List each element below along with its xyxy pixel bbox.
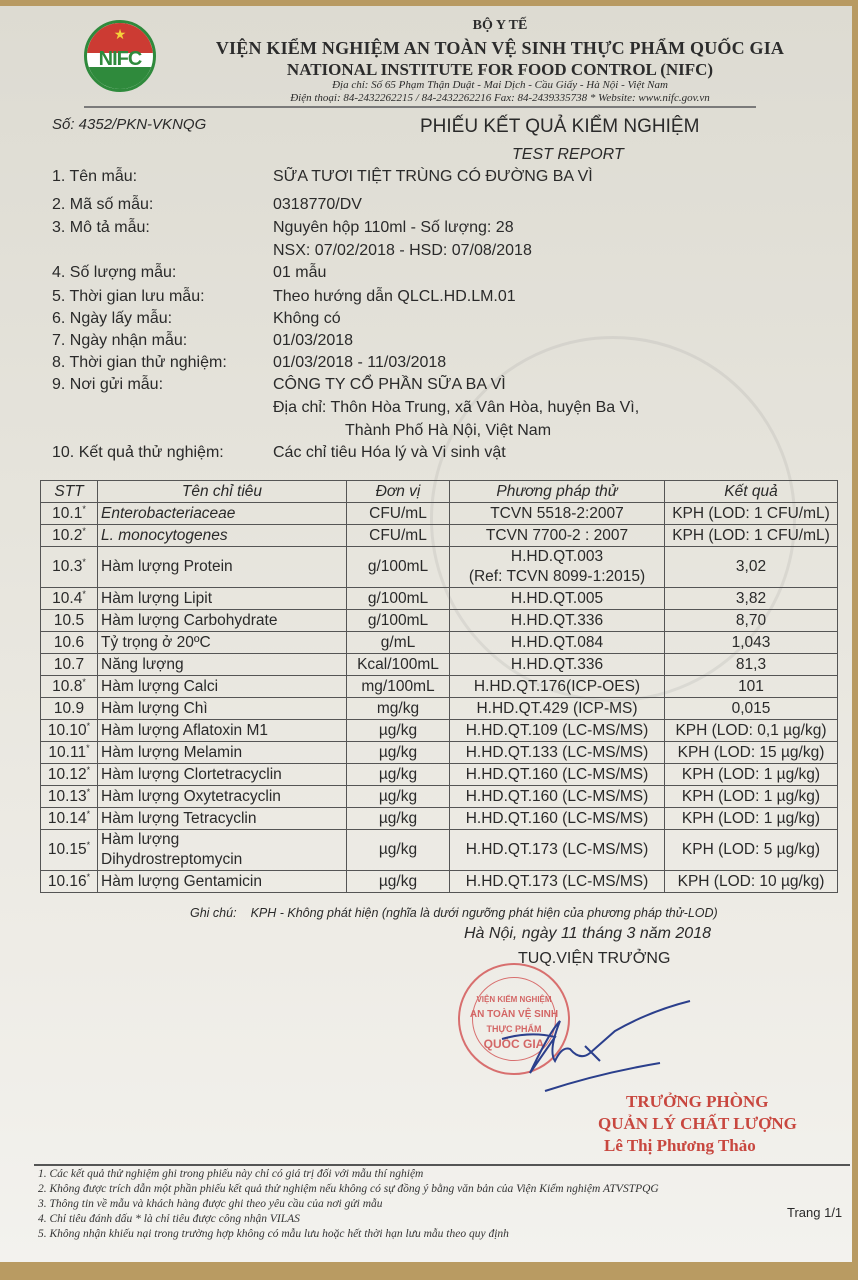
signer-role-2: QUẢN LÝ CHẤT LƯỢNG — [598, 1114, 797, 1134]
cell-method: TCVN 7700-2 : 2007 — [450, 525, 665, 547]
cell-unit: mg/kg — [347, 698, 450, 720]
field-value: 01/03/2018 — [273, 332, 353, 350]
cell-result: KPH (LOD: 1 µg/kg) — [665, 786, 838, 808]
field-label: 3. Mô tả mẫu: — [52, 219, 150, 237]
cell-name: Năng lượng — [98, 654, 347, 676]
cell-unit: CFU/mL — [347, 525, 450, 547]
cell-unit: µg/kg — [347, 808, 450, 830]
field-label: 9. Nơi gửi mẫu: — [52, 376, 163, 394]
signer-name: Lê Thị Phương Thảo — [604, 1136, 756, 1156]
field-label: 6. Ngày lấy mẫu: — [52, 310, 172, 328]
cell-stt: 10.15* — [41, 830, 98, 871]
cell-result: 3,82 — [665, 588, 838, 610]
table-row: 10.9Hàm lượng Chìmg/kgH.HD.QT.429 (ICP-M… — [41, 698, 838, 720]
cell-unit: µg/kg — [347, 720, 450, 742]
cell-method: H.HD.QT.160 (LC-MS/MS) — [450, 786, 665, 808]
cell-unit: Kcal/100mL — [347, 654, 450, 676]
report-title: PHIẾU KẾT QUẢ KIỂM NGHIỆM — [420, 116, 699, 138]
table-row: 10.6Tỷ trọng ở 20ºCg/mLH.HD.QT.0841,043 — [41, 632, 838, 654]
cell-stt: 10.13* — [41, 786, 98, 808]
handwritten-signature — [500, 991, 700, 1101]
cell-method: H.HD.QT.173 (LC-MS/MS) — [450, 871, 665, 893]
col-result: Kết quả — [665, 481, 838, 503]
report-subtitle: TEST REPORT — [512, 146, 624, 164]
cell-unit: CFU/mL — [347, 503, 450, 525]
table-row: 10.11*Hàm lượng Melaminµg/kgH.HD.QT.133 … — [41, 742, 838, 764]
on-behalf: TUQ.VIỆN TRƯỞNG — [518, 950, 670, 968]
cell-name: Hàm lượng Melamin — [98, 742, 347, 764]
cell-result: KPH (LOD: 5 µg/kg) — [665, 830, 838, 871]
table-row: 10.15*Hàm lượngDihydrostreptomycinµg/kgH… — [41, 830, 838, 871]
cell-stt: 10.9 — [41, 698, 98, 720]
cell-name: Tỷ trọng ở 20ºC — [98, 632, 347, 654]
cell-name: Enterobacteriaceae — [98, 503, 347, 525]
note: Ghi chú:KPH - Không phát hiện (nghĩa là … — [190, 906, 718, 920]
table-row: 10.8*Hàm lượng Calcimg/100mLH.HD.QT.176(… — [41, 676, 838, 698]
star-icon: ★ — [87, 27, 153, 41]
footnote: 1. Các kết quả thử nghiệm ghi trong phiế… — [38, 1168, 423, 1180]
cell-method: H.HD.QT.133 (LC-MS/MS) — [450, 742, 665, 764]
cell-name: Hàm lượng Clortetracyclin — [98, 764, 347, 786]
table-row: 10.14*Hàm lượng Tetracyclinµg/kgH.HD.QT.… — [41, 808, 838, 830]
cell-unit: µg/kg — [347, 742, 450, 764]
cell-name: Hàm lượng Gentamicin — [98, 871, 347, 893]
field-value: Không có — [273, 310, 341, 328]
field-value-line2: NSX: 07/02/2018 - HSD: 07/08/2018 — [273, 242, 532, 260]
cell-stt: 10.14* — [41, 808, 98, 830]
table-row: 10.1*EnterobacteriaceaeCFU/mLTCVN 5518-2… — [41, 503, 838, 525]
field-value-line2: Địa chỉ: Thôn Hòa Trung, xã Vân Hòa, huy… — [273, 399, 639, 417]
table-row: 10.2*L. monocytogenesCFU/mLTCVN 7700-2 :… — [41, 525, 838, 547]
footer-divider — [34, 1164, 850, 1166]
nifc-logo: ★ NIFC — [84, 20, 156, 92]
field-label: 10. Kết quả thử nghiệm: — [52, 444, 224, 462]
footnote: 4. Chỉ tiêu đánh dấu * là chỉ tiêu được … — [38, 1213, 300, 1225]
cell-result: KPH (LOD: 1 µg/kg) — [665, 764, 838, 786]
table-row: 10.10*Hàm lượng Aflatoxin M1µg/kgH.HD.QT… — [41, 720, 838, 742]
field-label: 2. Mã số mẫu: — [52, 196, 153, 214]
cell-result: KPH (LOD: 10 µg/kg) — [665, 871, 838, 893]
cell-result: KPH (LOD: 1 CFU/mL) — [665, 525, 838, 547]
cell-method: H.HD.QT.429 (ICP-MS) — [450, 698, 665, 720]
cell-unit: g/100mL — [347, 547, 450, 588]
cell-name: Hàm lượng Protein — [98, 547, 347, 588]
document-page: ★ NIFC BỘ Y TẾ VIỆN KIỂM NGHIỆM AN TOÀN … — [0, 6, 852, 1264]
field-label: 1. Tên mẫu: — [52, 168, 137, 186]
table-row: 10.16*Hàm lượng Gentamicinµg/kgH.HD.QT.1… — [41, 871, 838, 893]
cell-stt: 10.5 — [41, 610, 98, 632]
cell-name: Hàm lượng Aflatoxin M1 — [98, 720, 347, 742]
table-header-row: STT Tên chỉ tiêu Đơn vị Phương pháp thử … — [41, 481, 838, 503]
cell-stt: 10.2* — [41, 525, 98, 547]
cell-unit: µg/kg — [347, 830, 450, 871]
results-table: STT Tên chỉ tiêu Đơn vị Phương pháp thử … — [40, 480, 838, 893]
cell-method: H.HD.QT.176(ICP-OES) — [450, 676, 665, 698]
cell-unit: g/mL — [347, 632, 450, 654]
cell-method: H.HD.QT.160 (LC-MS/MS) — [450, 808, 665, 830]
col-stt: STT — [41, 481, 98, 503]
cell-method: H.HD.QT.109 (LC-MS/MS) — [450, 720, 665, 742]
signer-role-1: TRƯỞNG PHÒNG — [626, 1092, 768, 1112]
cell-name: Hàm lượng Oxytetracyclin — [98, 786, 347, 808]
institute-name-vi: VIỆN KIỂM NGHIỆM AN TOÀN VỆ SINH THỰC PH… — [150, 38, 850, 59]
cell-method: H.HD.QT.084 — [450, 632, 665, 654]
cell-name: Hàm lượng Carbohydrate — [98, 610, 347, 632]
cell-unit: g/100mL — [347, 610, 450, 632]
cell-result: 81,3 — [665, 654, 838, 676]
cell-method: H.HD.QT.173 (LC-MS/MS) — [450, 830, 665, 871]
cell-name: L. monocytogenes — [98, 525, 347, 547]
cell-stt: 10.10* — [41, 720, 98, 742]
cell-method: H.HD.QT.005 — [450, 588, 665, 610]
field-value: Theo hướng dẫn QLCL.HD.LM.01 — [273, 288, 516, 306]
field-value: 01/03/2018 - 11/03/2018 — [273, 354, 446, 372]
field-value: Nguyên hộp 110ml - Số lượng: 28 — [273, 219, 514, 237]
footnote: 3. Thông tin về mẫu và khách hàng được g… — [38, 1198, 383, 1210]
table-row: 10.3*Hàm lượng Proteing/100mLH.HD.QT.003… — [41, 547, 838, 588]
institute-name-en: NATIONAL INSTITUTE FOR FOOD CONTROL (NIF… — [150, 60, 850, 80]
cell-result: KPH (LOD: 0,1 µg/kg) — [665, 720, 838, 742]
institute-contact: Điện thoại: 84-2432262215 / 84-243226221… — [150, 92, 850, 104]
field-label: 8. Thời gian thử nghiệm: — [52, 354, 227, 372]
cell-result: KPH (LOD: 15 µg/kg) — [665, 742, 838, 764]
table-row: 10.5Hàm lượng Carbohydrateg/100mLH.HD.QT… — [41, 610, 838, 632]
col-unit: Đơn vị — [347, 481, 450, 503]
institute-address: Địa chỉ: Số 65 Phạm Thận Duật - Mai Dịch… — [150, 79, 850, 91]
place-date: Hà Nội, ngày 11 tháng 3 năm 2018 — [464, 925, 711, 943]
table-row: 10.12*Hàm lượng Clortetracyclinµg/kgH.HD… — [41, 764, 838, 786]
cell-unit: µg/kg — [347, 786, 450, 808]
field-label: 5. Thời gian lưu mẫu: — [52, 288, 205, 306]
cell-unit: µg/kg — [347, 764, 450, 786]
cell-name: Hàm lượng Chì — [98, 698, 347, 720]
cell-stt: 10.4* — [41, 588, 98, 610]
cell-unit: mg/100mL — [347, 676, 450, 698]
cell-method: H.HD.QT.336 — [450, 610, 665, 632]
cell-method: H.HD.QT.160 (LC-MS/MS) — [450, 764, 665, 786]
col-method: Phương pháp thử — [450, 481, 665, 503]
footnote: 5. Không nhận khiếu nại trong trường hợp… — [38, 1228, 509, 1240]
report-number: Số: 4352/PKN-VKNQG — [52, 116, 206, 133]
cell-stt: 10.12* — [41, 764, 98, 786]
cell-result: 3,02 — [665, 547, 838, 588]
cell-method: TCVN 5518-2:2007 — [450, 503, 665, 525]
field-value-line3: Thành Phố Hà Nội, Việt Nam — [345, 422, 551, 440]
field-value: Các chỉ tiêu Hóa lý và Vi sinh vật — [273, 444, 506, 462]
cell-result: KPH (LOD: 1 µg/kg) — [665, 808, 838, 830]
cell-stt: 10.7 — [41, 654, 98, 676]
cell-name: Hàm lượng Calci — [98, 676, 347, 698]
cell-stt: 10.3* — [41, 547, 98, 588]
table-row: 10.13*Hàm lượng Oxytetracyclinµg/kgH.HD.… — [41, 786, 838, 808]
cell-result: 101 — [665, 676, 838, 698]
cell-name: Hàm lượng Tetracyclin — [98, 808, 347, 830]
cell-stt: 10.11* — [41, 742, 98, 764]
field-label: 7. Ngày nhận mẫu: — [52, 332, 187, 350]
cell-result: 1,043 — [665, 632, 838, 654]
cell-unit: g/100mL — [347, 588, 450, 610]
cell-stt: 10.8* — [41, 676, 98, 698]
field-value: 0318770/DV — [273, 196, 362, 214]
field-label: 4. Số lượng mẫu: — [52, 264, 176, 282]
ministry-name: BỘ Y TẾ — [150, 18, 850, 34]
table-surface — [0, 1262, 858, 1280]
cell-result: 8,70 — [665, 610, 838, 632]
cell-method: H.HD.QT.003(Ref: TCVN 8099-1:2015) — [450, 547, 665, 588]
cell-stt: 10.16* — [41, 871, 98, 893]
footnote: 2. Không được trích dẫn một phần phiếu k… — [38, 1183, 659, 1195]
field-value: CÔNG TY CỔ PHẦN SỮA BA VÌ — [273, 376, 506, 394]
cell-method: H.HD.QT.336 — [450, 654, 665, 676]
cell-name: Hàm lượng Lipit — [98, 588, 347, 610]
table-row: 10.7Năng lượngKcal/100mLH.HD.QT.33681,3 — [41, 654, 838, 676]
cell-stt: 10.1* — [41, 503, 98, 525]
header-divider — [84, 106, 756, 108]
cell-result: KPH (LOD: 1 CFU/mL) — [665, 503, 838, 525]
field-value: SỮA TƯƠI TIỆT TRÙNG CÓ ĐƯỜNG BA VÌ — [273, 168, 593, 186]
cell-unit: µg/kg — [347, 871, 450, 893]
cell-stt: 10.6 — [41, 632, 98, 654]
cell-name: Hàm lượngDihydrostreptomycin — [98, 830, 347, 871]
page-number: Trang 1/1 — [787, 1205, 842, 1220]
table-row: 10.4*Hàm lượng Lipitg/100mLH.HD.QT.0053,… — [41, 588, 838, 610]
field-value: 01 mẫu — [273, 264, 326, 282]
cell-result: 0,015 — [665, 698, 838, 720]
col-name: Tên chỉ tiêu — [98, 481, 347, 503]
